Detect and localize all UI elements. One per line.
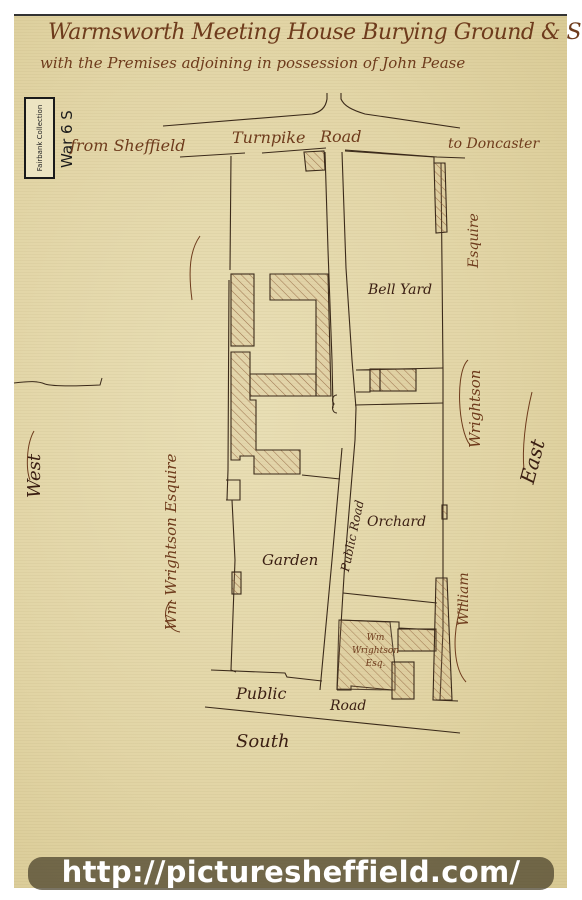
turnpike-north-edge-west: [163, 93, 327, 126]
compass-west: West: [24, 454, 45, 498]
building-north-left: [304, 151, 325, 171]
label-from-sheffield: from Sheffield: [70, 136, 185, 155]
building-west-tall: [231, 274, 254, 346]
label-turnpike: Turnpike: [232, 128, 305, 147]
label-east-neighbour-first: William: [456, 572, 472, 626]
label-to-doncaster: to Doncaster: [448, 136, 539, 152]
building-stable: [231, 352, 300, 474]
archive-stamp: Fairbank Collection: [24, 97, 55, 179]
watermark-text: http://picturesheffield.com/: [28, 855, 554, 889]
label-east-neighbour-surname: Wrightson: [466, 370, 484, 448]
map-title-line-1: Warmsworth Meeting House Burying Ground …: [48, 20, 582, 45]
building-bell-yard-small: [370, 369, 380, 391]
building-cross-wing: [250, 374, 316, 396]
watermark-banner: http://picturesheffield.com/: [28, 857, 554, 890]
label-south-public: Public: [236, 684, 287, 703]
label-south-road: Road: [330, 698, 366, 714]
label-wrightson-block: Wm Wrightson Esq.: [352, 632, 399, 671]
wrightson-block-line-1: Wm: [352, 632, 399, 645]
wrightson-block-line-3: Esq.: [352, 658, 399, 671]
archive-stamp-text: Fairbank Collection: [36, 105, 44, 172]
label-turnpike-road: Road: [320, 127, 361, 146]
label-west-neighbour: Wm Wrightson Esquire: [162, 454, 180, 630]
label-garden: Garden: [262, 551, 318, 569]
paper-crease: [14, 378, 102, 386]
label-east-neighbour-esquire: Esquire: [466, 213, 482, 268]
building-east-boundary: [433, 578, 452, 700]
compass-south: South: [236, 731, 290, 752]
building-bell-yard: [380, 369, 416, 391]
turnpike-north-edge-east: [341, 93, 460, 128]
label-orchard: Orchard: [367, 514, 426, 530]
building-orchard-small: [442, 505, 447, 519]
map-title-line-2: with the Premises adjoining in possessio…: [40, 54, 465, 72]
building-wrightson-outbuilding: [398, 629, 436, 651]
building-garden-small: [232, 572, 241, 594]
wrightson-block-line-2: Wrightson: [352, 645, 399, 658]
building-north-right: [434, 163, 447, 233]
label-bell-yard: Bell Yard: [368, 282, 432, 298]
